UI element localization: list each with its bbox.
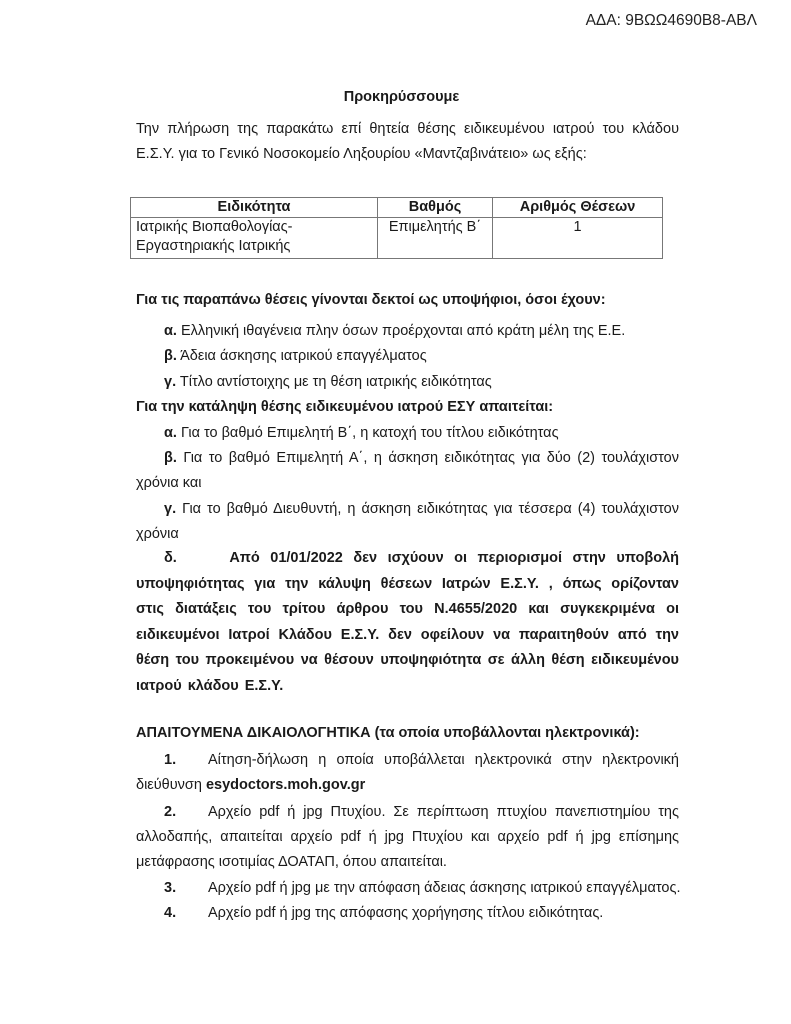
item-marker: γ.: [164, 501, 176, 517]
item-marker: α.: [164, 323, 177, 339]
item-text: Τίτλο αντίστοιχης με τη θέση ιατρικής ει…: [176, 374, 492, 390]
item-text: Αρχείο pdf ή jpg της απόφασης χορήγησης …: [208, 905, 603, 921]
item-marker: γ.: [164, 374, 176, 390]
item-text: Για το βαθμό Διευθυντή, η άσκηση ειδικότ…: [176, 501, 679, 517]
document-item: 3.Αρχείο pdf ή jpg με την απόφαση άδειας…: [136, 876, 707, 901]
page-title: Προκηρύσσουμε: [0, 89, 791, 105]
documents-heading-rest: (τα οποία υποβάλλονται ηλεκτρονικά):: [371, 725, 640, 741]
esydoctors-link[interactable]: esydoctors.moh.gov.gr: [206, 777, 365, 793]
item-text: Ελληνική ιθαγένεια πλην όσων προέρχονται…: [177, 323, 625, 339]
header-positions: Αριθμός Θέσεων: [493, 198, 663, 218]
requirement-item: β. Για το βαθμό Επιμελητή Α΄, η άσκηση ε…: [136, 446, 679, 471]
item-marker: β.: [164, 450, 177, 466]
item-marker: δ.: [164, 550, 177, 566]
document-item-cont: μετάφρασης ισοτιμίας ΔΟΑΤΑΠ, όπου απαιτε…: [136, 850, 679, 875]
ada-code: ΑΔΑ: 9ΒΩΩ4690Β8-ΑΒΛ: [586, 12, 757, 30]
item-number: 1.: [164, 748, 208, 773]
positions-table: Ειδικότητα Βαθμός Αριθμός Θέσεων Ιατρική…: [130, 197, 663, 259]
eligibility-item: γ. Τίτλο αντίστοιχης με τη θέση ιατρικής…: [136, 370, 707, 395]
document-item: 1.Αίτηση-δήλωση η οποία υποβάλλεται ηλεκ…: [136, 748, 679, 773]
requirement-delta: δ. Από 01/01/2022 δεν ισχύουν οι περιορι…: [136, 546, 679, 700]
document-item-cont: αλλοδαπής, απαιτείται αρχείο pdf ή jpg Π…: [136, 825, 679, 850]
item-text: Για το βαθμό Επιμελητή Β΄, η κατοχή του …: [177, 425, 559, 441]
item-text: Αρχείο pdf ή jpg με την απόφαση άδειας ά…: [208, 880, 680, 896]
eligibility-heading: Για τις παραπάνω θέσεις γίνονται δεκτοί …: [136, 288, 679, 313]
document-item-cont: διεύθυνση esydoctors.moh.gov.gr: [136, 773, 679, 798]
requirement-item-cont: χρόνια: [136, 522, 679, 547]
item-number: 3.: [164, 876, 208, 901]
requirement-item-cont: χρόνια και: [136, 471, 679, 496]
header-specialty: Ειδικότητα: [131, 198, 378, 218]
documents-heading: ΑΠΑΙΤΟΥΜΕΝΑ ΔΙΚΑΙΟΛΟΓΗΤΙΚΑ (τα οποία υπο…: [136, 721, 679, 746]
cell-positions: 1: [493, 218, 663, 259]
specialty-line-1: Ιατρικής Βιοπαθολογίας-: [136, 218, 372, 237]
document-item: 4.Αρχείο pdf ή jpg της απόφασης χορήγηση…: [136, 901, 707, 926]
table-header-row: Ειδικότητα Βαθμός Αριθμός Θέσεων: [131, 198, 663, 218]
item-text: Αίτηση-δήλωση η οποία υποβάλλεται ηλεκτρ…: [208, 752, 679, 768]
item-number: 2.: [164, 800, 208, 825]
header-grade: Βαθμός: [378, 198, 493, 218]
intro-line-2: Ε.Σ.Υ. για το Γενικό Νοσοκομείο Ληξουρίο…: [136, 142, 679, 167]
item-marker: β.: [164, 348, 177, 364]
item-marker: α.: [164, 425, 177, 441]
specialty-line-2: Εργαστηριακής Ιατρικής: [136, 237, 372, 256]
eligibility-item: β. Άδεια άσκησης ιατρικού επαγγέλματος: [136, 344, 707, 369]
documents-heading-bold: ΑΠΑΙΤΟΥΜΕΝΑ ΔΙΚΑΙΟΛΟΓΗΤΙΚΑ: [136, 725, 371, 741]
cell-grade: Επιμελητής Β΄: [378, 218, 493, 259]
requirement-item: α. Για το βαθμό Επιμελητή Β΄, η κατοχή τ…: [136, 421, 707, 446]
cell-specialty: Ιατρικής Βιοπαθολογίας- Εργαστηριακής Ια…: [131, 218, 378, 259]
eligibility-item: α. Ελληνική ιθαγένεια πλην όσων προέρχον…: [136, 319, 707, 344]
item-text: Αρχείο pdf ή jpg Πτυχίου. Σε περίπτωση π…: [208, 804, 679, 820]
table-row: Ιατρικής Βιοπαθολογίας- Εργαστηριακής Ια…: [131, 218, 663, 259]
item-text: Άδεια άσκησης ιατρικού επαγγέλματος: [177, 348, 427, 364]
intro-line-1: Την πλήρωση της παρακάτω επί θητεία θέση…: [136, 117, 679, 142]
requirement-item: γ. Για το βαθμό Διευθυντή, η άσκηση ειδι…: [136, 497, 679, 522]
item-text: διεύθυνση: [136, 777, 206, 793]
item-text: Από 01/01/2022 δεν ισχύουν οι περιορισμο…: [136, 550, 679, 694]
item-number: 4.: [164, 901, 208, 926]
requirements-heading: Για την κατάληψη θέσης ειδικευμένου ιατρ…: [136, 395, 679, 420]
document-item: 2.Αρχείο pdf ή jpg Πτυχίου. Σε περίπτωση…: [136, 800, 679, 825]
item-text: Για το βαθμό Επιμελητή Α΄, η άσκηση ειδι…: [177, 450, 679, 466]
